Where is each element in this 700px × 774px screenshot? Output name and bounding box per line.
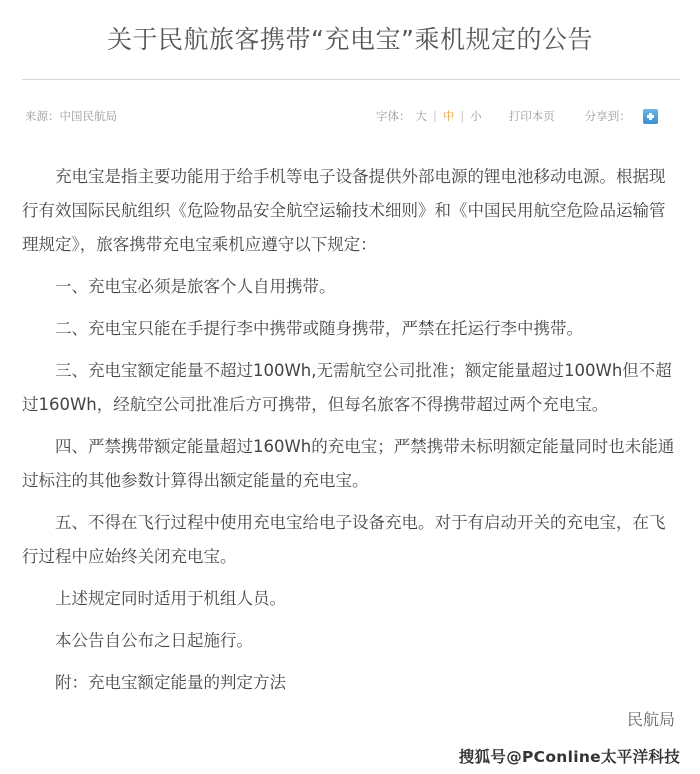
font-size-label: 字体：	[376, 106, 411, 126]
share-plus-icon[interactable]	[643, 109, 658, 124]
paragraph-crew-note: 上述规定同时适用于机组人员。	[22, 582, 678, 616]
article-signature: 民航局	[627, 707, 675, 730]
paragraph-rule-1: 一、充电宝必须是旅客个人自用携带。	[22, 270, 678, 304]
font-size-small[interactable]: 小	[467, 106, 485, 126]
title-divider	[22, 79, 680, 80]
font-size-medium[interactable]: 中	[440, 106, 458, 126]
print-page-link[interactable]: 打印本页	[509, 106, 555, 126]
separator: |	[430, 106, 440, 126]
font-size-large[interactable]: 大	[413, 106, 431, 126]
paragraph-rule-5: 五、不得在飞行过程中使用充电宝给电子设备充电。对于有启动开关的充电宝，在飞行过程…	[22, 506, 678, 574]
watermark: 搜狐号@PConline太平洋科技	[459, 745, 680, 767]
share-label: 分享到：	[585, 106, 631, 126]
paragraph-rule-2: 二、充电宝只能在手提行李中携带或随身携带，严禁在托运行李中携带。	[22, 312, 678, 346]
paragraph-appendix: 附：充电宝额定能量的判定方法	[22, 666, 678, 700]
article-toolbar: 字体： 大 | 中 | 小 打印本页 分享到：	[376, 106, 658, 126]
article-meta-bar: 来源：中国民航局 字体： 大 | 中 | 小 打印本页 分享到：	[0, 106, 700, 126]
paragraph-intro: 充电宝是指主要功能用于给手机等电子设备提供外部电源的锂电池移动电源。根据现行有效…	[22, 160, 678, 262]
article-title: 关于民航旅客携带“充电宝”乘机规定的公告	[0, 22, 700, 58]
separator: |	[457, 106, 467, 126]
article-body: 充电宝是指主要功能用于给手机等电子设备提供外部电源的锂电池移动电源。根据现行有效…	[22, 160, 678, 708]
paragraph-rule-3: 三、充电宝额定能量不超过100Wh,无需航空公司批准；额定能量超过100Wh但不…	[22, 354, 678, 422]
paragraph-effective-date: 本公告自公布之日起施行。	[22, 624, 678, 658]
article-source: 来源：中国民航局	[25, 106, 117, 126]
paragraph-rule-4: 四、严禁携带额定能量超过160Wh的充电宝；严禁携带未标明额定能量同时也未能通过…	[22, 430, 678, 498]
